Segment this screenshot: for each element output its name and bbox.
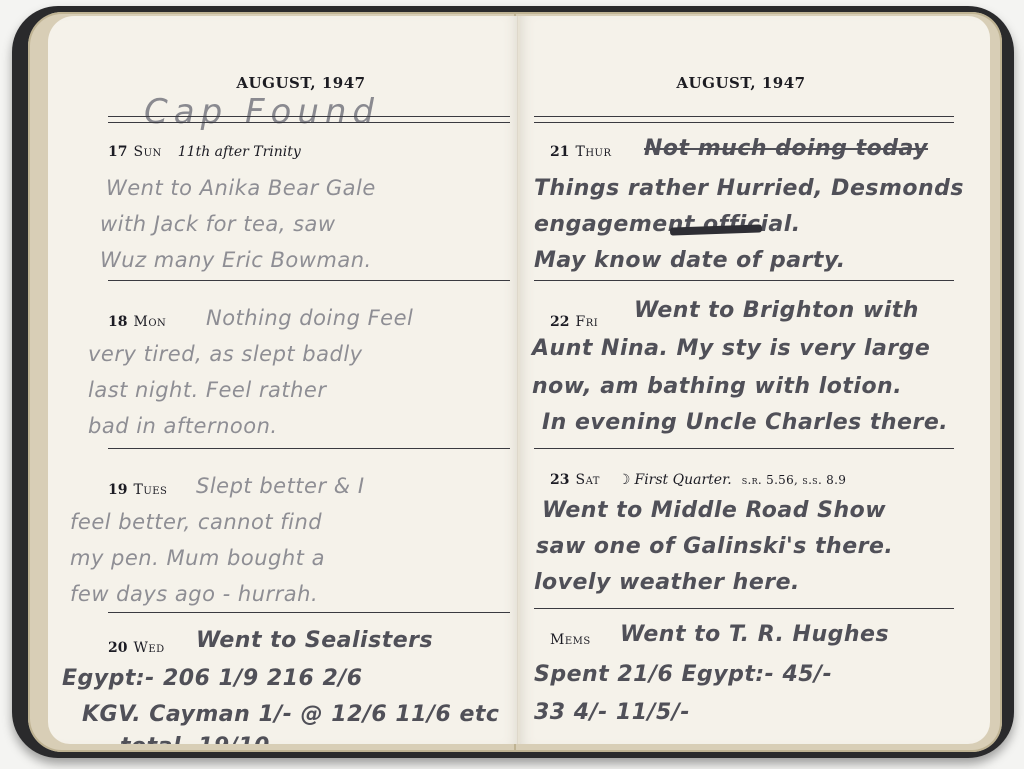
right-page: AUGUST, 1947 21Thur Not much doing today… [520,16,990,744]
entry-23-line-1: Went to Middle Road Show [542,498,886,523]
day-name: Thur [575,144,611,160]
entry-20-line-2: KGV. Cayman 1/- @ 12/6 11/6 etc [82,702,499,727]
day-name: Mon [133,314,166,330]
day-label-20: 20Wed [108,640,165,656]
header-double-rule [108,116,510,123]
entry-18-line-3: bad in afternoon. [88,414,278,438]
entry-20-line-0: Went to Sealisters [196,628,433,653]
day-label-23: 23Sat☽First Quarter.s.r. 5.56, s.s. 8.9 [550,472,846,488]
day-name: Sat [575,472,599,488]
entry-18-line-2: last night. Feel rather [88,378,326,402]
printed-note: 11th after Trinity [178,144,301,160]
mems-heading: Mems [550,632,591,648]
day-number: 17 [108,144,127,160]
day-number: 21 [550,144,569,160]
entry-22-line-3: In evening Uncle Charles there. [542,410,948,435]
entry-21-struck-line: Not much doing today [644,136,928,161]
day-number: 22 [550,314,569,330]
entry-22-line-2: now, am bathing with lotion. [532,374,902,399]
entry-19-line-2: my pen. Mum bought a [70,546,325,570]
day-number: 20 [108,640,127,656]
entry-23-line-3: lovely weather here. [534,570,800,595]
divider-rule [534,280,954,281]
day-label-17: 17Sun11th after Trinity [108,144,301,160]
entry-22-line-1: Aunt Nina. My sty is very large [532,336,930,361]
day-number: 19 [108,482,127,498]
divider-rule [108,448,510,449]
day-name: Fri [575,314,598,330]
sun-times: s.r. 5.56, s.s. 8.9 [742,473,846,487]
month-header-right: AUGUST, 1947 [520,74,976,92]
month-header-left: AUGUST, 1947 [66,74,518,92]
entry-22-line-0: Went to Brighton with [634,298,919,323]
day-label-19: 19Tues [108,482,167,498]
day-number: 23 [550,472,569,488]
entry-18-line-0: Nothing doing Feel [206,306,413,330]
day-name: Sun [133,144,161,160]
entry-17-line-3: Wuz many Eric Bowman. [100,248,372,272]
day-name: Tues [133,482,167,498]
day-number: 18 [108,314,127,330]
first-quarter-moon-icon: ☽ [618,472,631,488]
divider-rule [534,608,954,609]
entry-20-line-1: Egypt:- 206 1/9 216 2/6 [62,666,363,691]
divider-rule [108,280,510,281]
printed-note: First Quarter. [634,472,731,488]
entry-17-line-1: Went to Anika Bear Gale [106,176,376,200]
entry-19-line-1: feel better, cannot find [70,510,322,534]
day-label-21: 21Thur [550,144,612,160]
mems-line-2: 33 4/- 11/5/- [534,700,690,725]
day-label-18: 18Mon [108,314,166,330]
left-page: AUGUST, 1947 Cap Found 17Sun11th after T… [48,16,518,744]
mems-line-0: Went to T. R. Hughes [620,622,889,647]
divider-rule [108,612,510,613]
mems-line-1: Spent 21/6 Egypt:- 45/- [534,662,832,687]
header-annotation: Cap Found [144,92,380,132]
entry-21-line-3: May know date of party. [534,248,846,273]
divider-rule [534,448,954,449]
entry-18-line-1: very tired, as slept badly [88,342,363,366]
day-name: Wed [133,640,164,656]
entry-17-line-2: with Jack for tea, saw [100,212,336,236]
header-double-rule [534,116,954,123]
entry-20-line-3: total, 19/10 [120,734,270,744]
mems-label: Mems [550,632,591,648]
day-label-22: 22Fri [550,314,598,330]
entry-21-line-1: Things rather Hurried, Desmonds [534,176,964,201]
entry-19-line-3: few days ago - hurrah. [70,582,318,606]
entry-23-line-2: saw one of Galinski's there. [536,534,893,559]
entry-19-line-0: Slept better & I [196,474,365,498]
